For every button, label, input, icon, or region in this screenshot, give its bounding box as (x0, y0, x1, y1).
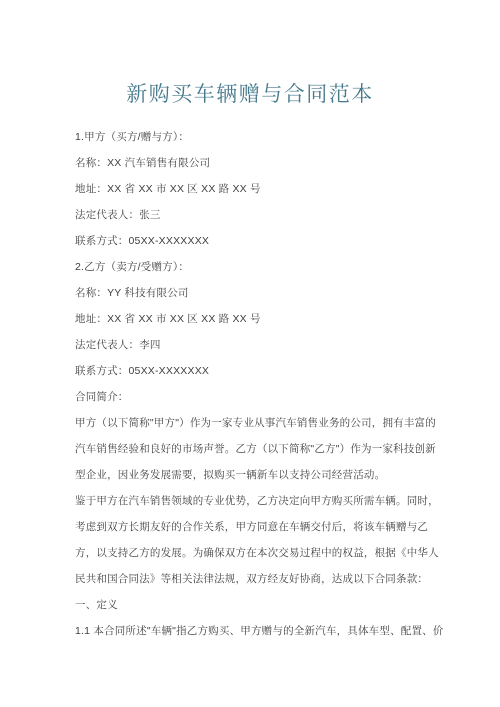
text-line: 民共和国合同法》等相关法律法规，双方经友好协商，达成以下合同条款： (75, 566, 460, 592)
text-line: 地址：XX 省 XX 市 XX 区 XX 路 XX 号 (75, 176, 460, 202)
text-line: 1.甲方（买方/赠与方）： (75, 124, 460, 150)
text-line: 名称：XX 汽车销售有限公司 (75, 150, 460, 176)
text-line: 法定代表人：李四 (75, 332, 460, 358)
text-line: 鉴于甲方在汽车销售领域的专业优势，乙方决定向甲方购买所需车辆。同时， (75, 488, 460, 514)
text-line: 甲方（以下简称"甲方"）作为一家专业从事汽车销售业务的公司，拥有丰富的 (75, 410, 460, 436)
text-line: 2.乙方（卖方/受赠方）： (75, 254, 460, 280)
text-line: 合同简介： (75, 384, 460, 410)
document-page: 新购买车辆赠与合同范本 1.甲方（买方/赠与方）：名称：XX 汽车销售有限公司地… (0, 0, 500, 707)
text-line: 1.1 本合同所述"车辆"指乙方购买、甲方赠与的全新汽车，具体车型、配置、价 (75, 618, 460, 644)
text-line: 法定代表人：张三 (75, 202, 460, 228)
text-line: 考虑到双方长期友好的合作关系，甲方同意在车辆交付后，将该车辆赠与乙 (75, 514, 460, 540)
text-line: 汽车销售经验和良好的市场声誉。乙方（以下简称"乙方"）作为一家科技创新 (75, 436, 460, 462)
text-line: 一、定义 (75, 592, 460, 618)
text-line: 方，以支持乙方的发展。为确保双方在本次交易过程中的权益，根据《中华人 (75, 540, 460, 566)
text-line: 名称：YY 科技有限公司 (75, 280, 460, 306)
document-body: 1.甲方（买方/赠与方）：名称：XX 汽车销售有限公司地址：XX 省 XX 市 … (75, 124, 460, 644)
text-line: 型企业，因业务发展需要，拟购买一辆新车以支持公司经营活动。 (75, 462, 460, 488)
text-line: 联系方式：05XX-XXXXXXX (75, 358, 460, 384)
text-line: 地址：XX 省 XX 市 XX 区 XX 路 XX 号 (75, 306, 460, 332)
text-line: 联系方式：05XX-XXXXXXX (75, 228, 460, 254)
document-title: 新购买车辆赠与合同范本 (0, 78, 500, 108)
